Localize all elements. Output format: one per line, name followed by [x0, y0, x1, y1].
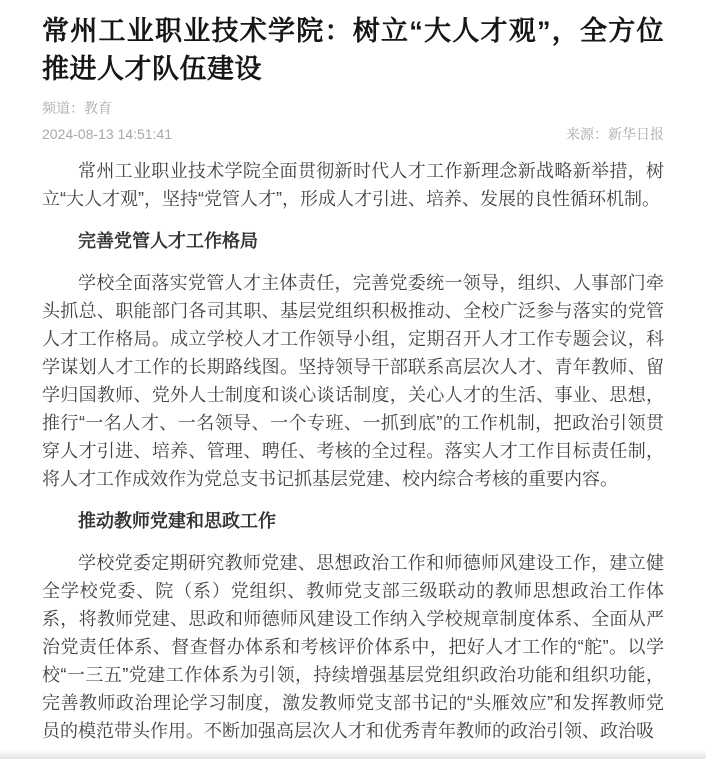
meta-row: 2024-08-13 14:51:41 来源：新华日报: [42, 126, 664, 143]
meta-datetime: 2024-08-13 14:51:41: [42, 126, 172, 143]
meta-channel: 频道：教育: [42, 100, 664, 117]
section-heading: 完善党管人才工作格局: [42, 227, 664, 255]
article-paragraph: 常州工业职业技术学院全面贯彻新时代人才工作新理念新战略新举措，树立“大人才观”，…: [42, 157, 664, 213]
article-paragraph: 学校党委定期研究教师党建、思想政治工作和师德师风建设工作，建立健全学校党委、院（…: [42, 549, 664, 745]
article-title: 常州工业职业技术学院：树立“大人才观”，全方位推进人才队伍建设: [42, 12, 664, 88]
meta-source: 来源：新华日报: [566, 126, 664, 143]
article-body: 常州工业职业技术学院全面贯彻新时代人才工作新理念新战略新举措，树立“大人才观”，…: [42, 157, 664, 745]
article-paragraph: 学校全面落实党管人才主体责任，完善党委统一领导，组织、人事部门牵头抓总、职能部门…: [42, 269, 664, 493]
section-heading: 推动教师党建和思政工作: [42, 507, 664, 535]
bottom-fade-shadow: [0, 749, 706, 759]
article-page: 常州工业职业技术学院：树立“大人才观”，全方位推进人才队伍建设 频道：教育 20…: [0, 12, 706, 745]
